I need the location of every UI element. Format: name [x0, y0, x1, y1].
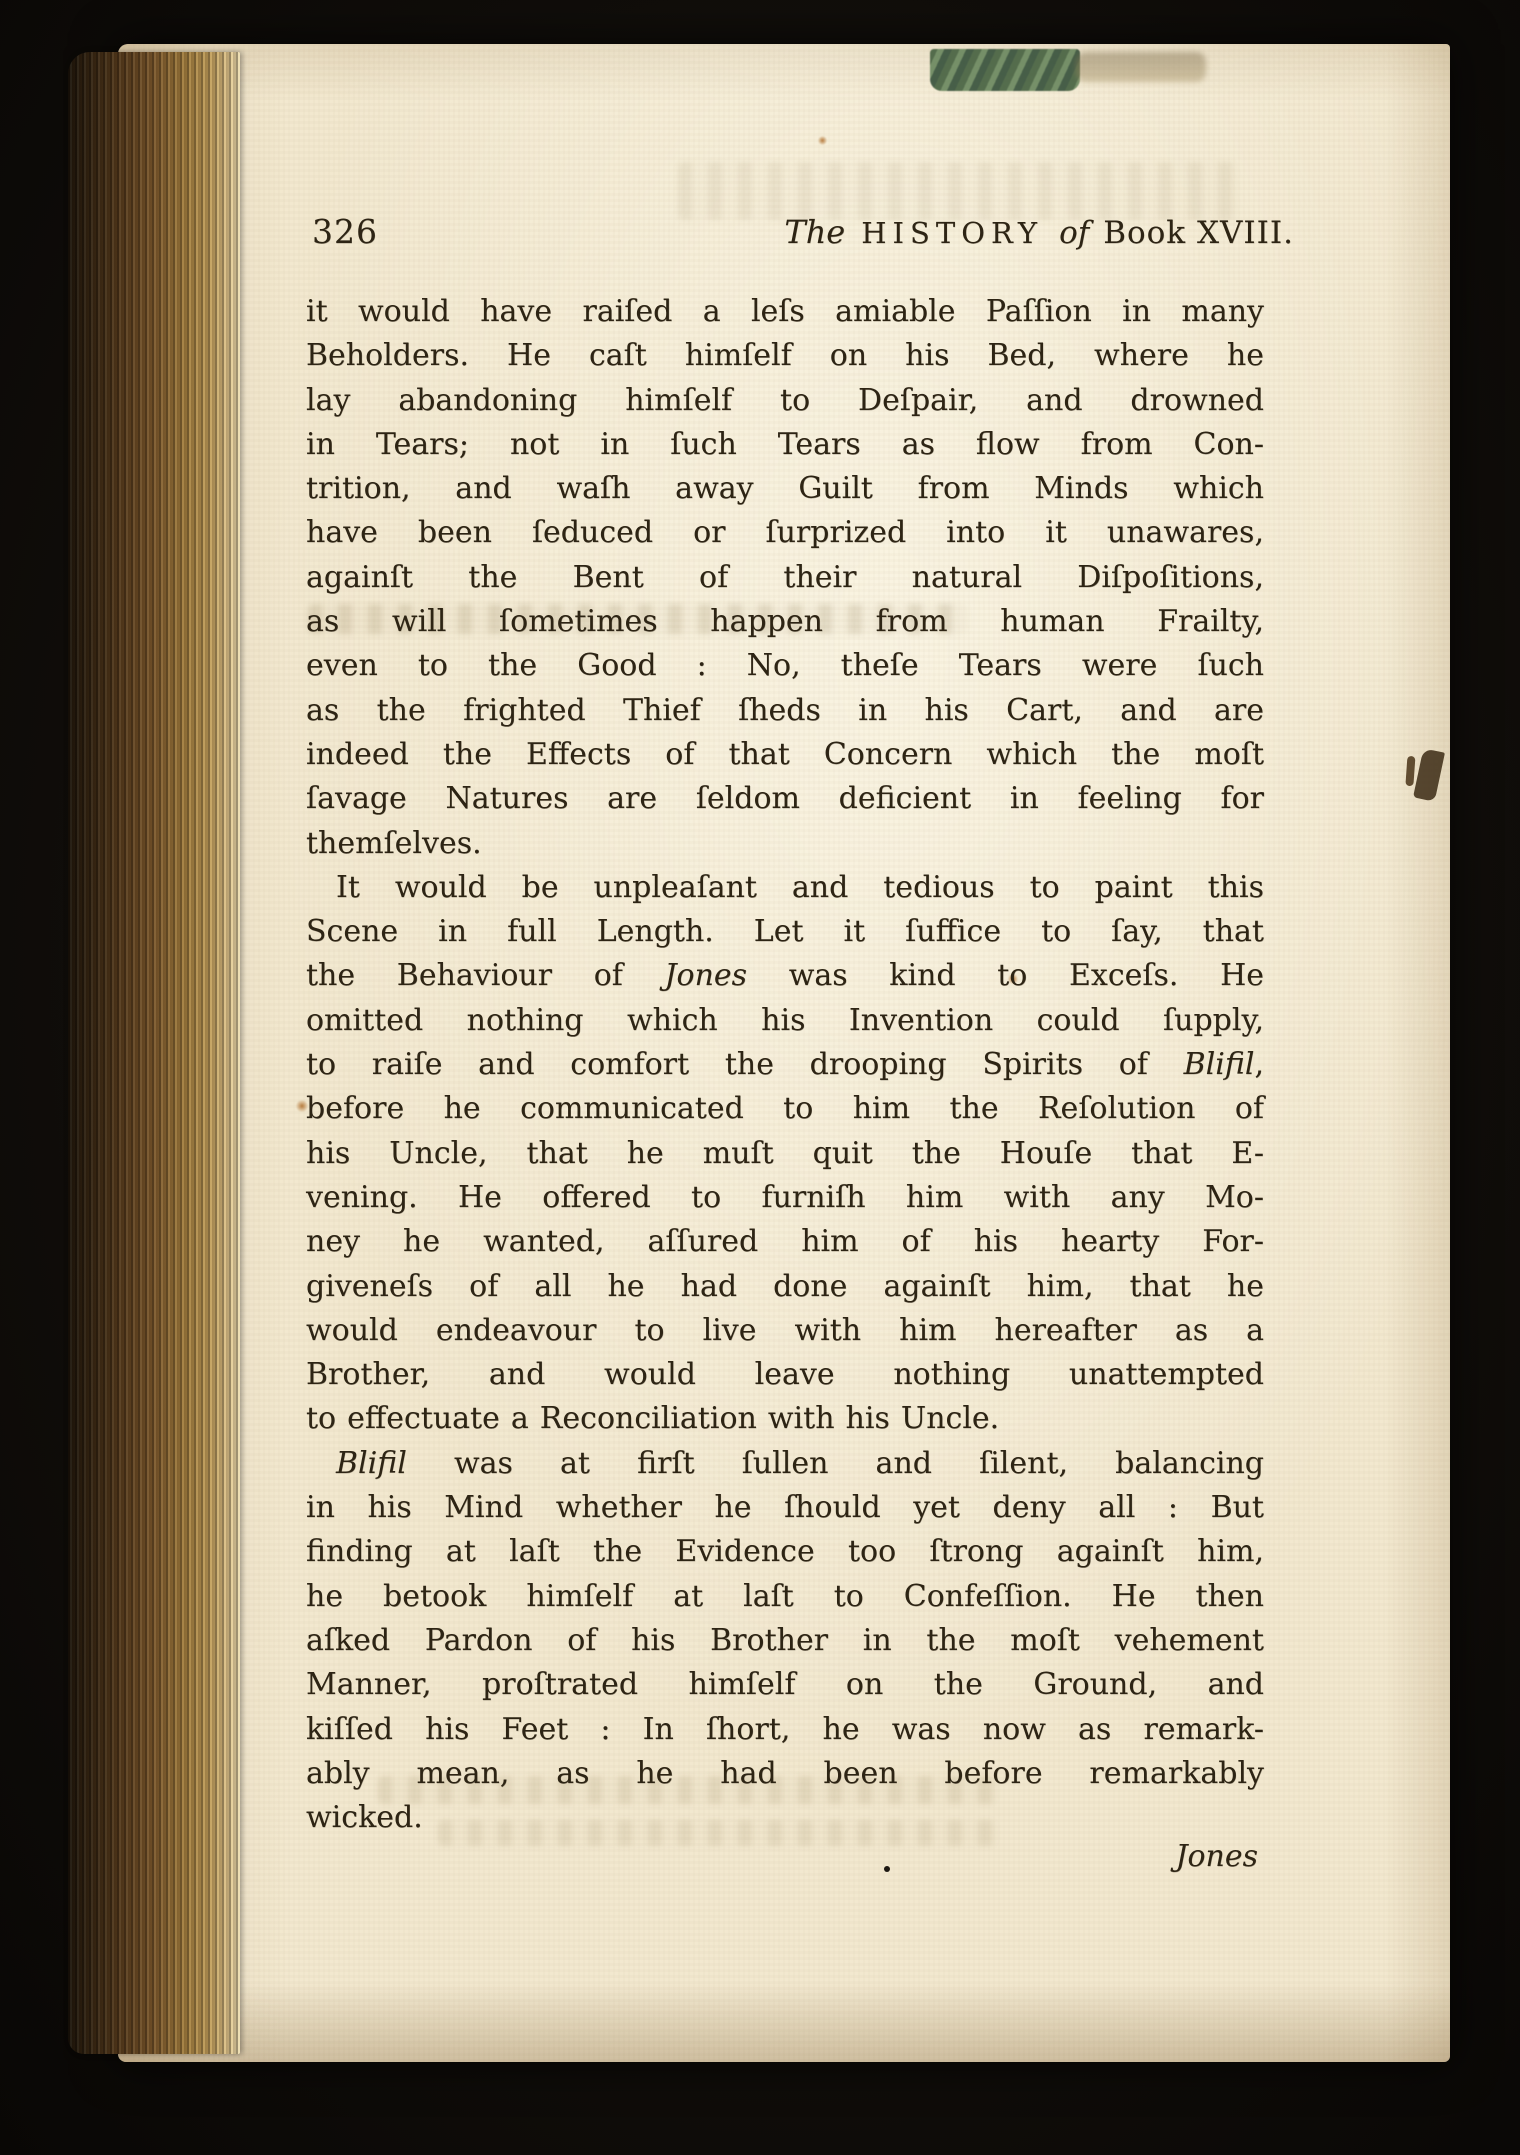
text-line: Blifil was at firſt ſullen and ſilent, b… — [306, 1442, 1264, 1486]
text-line: as the frighted Thief ſheds in his Cart,… — [306, 689, 1264, 733]
text-segment: he betook himſelf at laſt to Confeſſion.… — [306, 1579, 1264, 1614]
text-segment: againſt the Bent of their natural Diſpoſ… — [306, 560, 1264, 595]
text-segment: trition, and waſh away Guilt from Minds … — [306, 471, 1264, 506]
title-book-number: Book XVIII. — [1103, 215, 1294, 251]
text-line: It would be unpleaſant and tedious to pa… — [306, 866, 1264, 910]
text-segment: the Behaviour of — [306, 958, 665, 993]
text-segment: ably mean, as he had been before remarka… — [306, 1756, 1264, 1791]
text-line: to effectuate a Reconciliation with his … — [306, 1397, 1264, 1441]
text-line: have been ſeduced or ſurprized into it u… — [306, 511, 1264, 555]
text-segment: it would have raiſed a leſs amiable Paſſ… — [306, 294, 1264, 329]
text-segment: Beholders. He caſt himſelf on his Bed, w… — [306, 338, 1264, 373]
book-fore-edge-pages — [68, 52, 240, 2054]
text-line: Manner, proſtrated himſelf on the Ground… — [306, 1663, 1264, 1707]
book-page: 326 The HISTORY of Book XVIII. it would … — [118, 44, 1450, 2062]
text-segment: in his Mind whether he ſhould yet deny a… — [306, 1490, 1264, 1525]
title-word-the: The — [784, 213, 845, 251]
text-segment: Brother, and would leave nothing unattem… — [306, 1357, 1264, 1392]
text-line: againſt the Bent of their natural Diſpoſ… — [306, 556, 1264, 600]
page-edge-mark — [1413, 748, 1445, 801]
text-line: before he communicated to him the Reſolu… — [306, 1087, 1264, 1131]
text-line: giveneſs of all he had done againſt him,… — [306, 1265, 1264, 1309]
text-line: even to the Good : No, theſe Tears were … — [306, 644, 1264, 688]
text-line: kiſſed his Feet : In ſhort, he was now a… — [306, 1708, 1264, 1752]
text-line: the Behaviour of Jones was kind to Exceſ… — [306, 954, 1264, 998]
text-segment: indeed the Effects of that Concern which… — [306, 737, 1264, 772]
text-segment: , — [1254, 1047, 1264, 1082]
text-segment: finding at laſt the Evidence too ſtrong … — [306, 1534, 1264, 1569]
text-line: would endeavour to live with him hereaft… — [306, 1309, 1264, 1353]
italic-text-segment: Blifil — [1184, 1047, 1255, 1082]
text-segment: have been ſeduced or ſurprized into it u… — [306, 515, 1264, 550]
italic-text-segment: Blifil — [336, 1446, 407, 1481]
book-title: The HISTORY of Book XVIII. — [784, 213, 1294, 251]
scan-background: 326 The HISTORY of Book XVIII. it would … — [0, 0, 1520, 2155]
text-line: in Tears; not in ſuch Tears as flow from… — [306, 423, 1264, 467]
green-endband-decoration — [930, 49, 1080, 91]
text-line: aſked Pardon of his Brother in the moſt … — [306, 1619, 1264, 1663]
text-line: ney he wanted, aſſured him of his hearty… — [306, 1220, 1264, 1264]
text-line: Brother, and would leave nothing unattem… — [306, 1353, 1264, 1397]
text-line: Beholders. He caſt himſelf on his Bed, w… — [306, 334, 1264, 378]
text-segment: as the frighted Thief ſheds in his Cart,… — [306, 693, 1264, 728]
text-segment: It would be unpleaſant and tedious to pa… — [336, 870, 1264, 905]
ink-spot — [884, 1866, 890, 1872]
text-line: vening. He offered to furniſh him with a… — [306, 1176, 1264, 1220]
text-line: ſavage Natures are ſeldom deficient in f… — [306, 777, 1264, 821]
text-line: lay abandoning himſelf to Deſpair, and d… — [306, 379, 1264, 423]
text-segment: before he communicated to him the Reſolu… — [306, 1091, 1264, 1126]
page-number: 326 — [312, 212, 378, 251]
foxing-spot — [818, 136, 827, 145]
text-segment: even to the Good : No, theſe Tears were … — [306, 648, 1264, 683]
text-line: it would have raiſed a leſs amiable Paſſ… — [306, 290, 1264, 334]
text-segment: aſked Pardon of his Brother in the moſt … — [306, 1623, 1264, 1658]
text-segment: to raiſe and comfort the drooping Spirit… — [306, 1047, 1184, 1082]
text-line: he betook himſelf at laſt to Confeſſion.… — [306, 1575, 1264, 1619]
text-line: Scene in full Length. Let it ſuffice to … — [306, 910, 1264, 954]
italic-text-segment: Jones — [665, 958, 748, 993]
text-segment: kiſſed his Feet : In ſhort, he was now a… — [306, 1712, 1264, 1747]
title-word-history: HISTORY — [861, 216, 1043, 250]
text-line: in his Mind whether he ſhould yet deny a… — [306, 1486, 1264, 1530]
text-line: wicked. — [306, 1796, 1264, 1840]
text-line: ably mean, as he had been before remarka… — [306, 1752, 1264, 1796]
text-segment: Manner, proſtrated himſelf on the Ground… — [306, 1667, 1264, 1702]
text-line: as will ſometimes happen from human Frai… — [306, 600, 1264, 644]
text-segment: was kind to Exceſs. He — [747, 958, 1264, 993]
text-segment: was at firſt ſullen and ſilent, balancin… — [407, 1446, 1264, 1481]
text-segment: vening. He offered to furniſh him with a… — [306, 1180, 1264, 1215]
text-segment: lay abandoning himſelf to Deſpair, and d… — [306, 383, 1264, 418]
text-segment: giveneſs of all he had done againſt him,… — [306, 1269, 1264, 1304]
body-text: it would have raiſed a leſs amiable Paſſ… — [306, 290, 1264, 1840]
text-line: to raiſe and comfort the drooping Spirit… — [306, 1043, 1264, 1087]
text-line: his Uncle, that he muſt quit the Houſe t… — [306, 1132, 1264, 1176]
text-segment: to effectuate a Reconciliation with his … — [306, 1401, 999, 1436]
running-head: 326 The HISTORY of Book XVIII. — [312, 212, 1294, 251]
text-segment: ſavage Natures are ſeldom deficient in f… — [306, 781, 1264, 816]
text-segment: Scene in full Length. Let it ſuffice to … — [306, 914, 1264, 949]
text-segment: as will ſometimes happen from human Frai… — [306, 604, 1264, 639]
top-edge-stain — [1076, 52, 1206, 82]
text-segment: omitted nothing which his Invention coul… — [306, 1003, 1264, 1038]
text-segment: would endeavour to live with him hereaft… — [306, 1313, 1264, 1348]
text-segment: wicked. — [306, 1800, 423, 1835]
text-line: trition, and waſh away Guilt from Minds … — [306, 467, 1264, 511]
title-word-of: of — [1059, 215, 1089, 251]
text-segment: themſelves. — [306, 826, 482, 861]
text-line: omitted nothing which his Invention coul… — [306, 999, 1264, 1043]
catchword: Jones — [306, 1839, 1266, 1874]
text-segment: his Uncle, that he muſt quit the Houſe t… — [306, 1136, 1264, 1171]
text-line: finding at laſt the Evidence too ſtrong … — [306, 1530, 1264, 1574]
text-segment: in Tears; not in ſuch Tears as flow from… — [306, 427, 1264, 462]
text-segment: ney he wanted, aſſured him of his hearty… — [306, 1224, 1264, 1259]
text-line: indeed the Effects of that Concern which… — [306, 733, 1264, 777]
text-line: themſelves. — [306, 822, 1264, 866]
